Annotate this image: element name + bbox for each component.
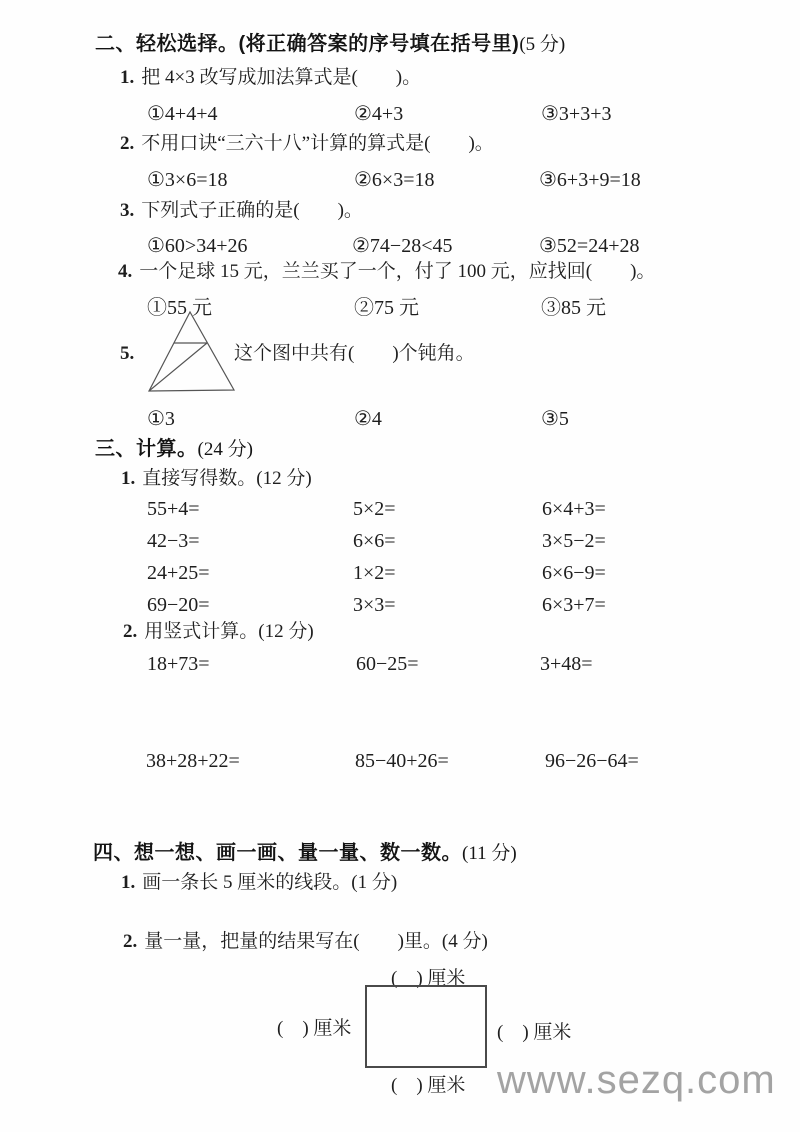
rect-label-bottom: ( ) 厘米 (391, 1070, 465, 1097)
question-3-text: 下列式子正确的是( )。 (141, 200, 363, 221)
section-3-heading: 三、计算。(24 分) (95, 438, 253, 461)
math-expression: 85−40+26= (355, 750, 449, 773)
worksheet-page: 二、轻松选择。(将正确答案的序号填在括号里)(5 分) 1.把 4×3 改写成加… (0, 0, 800, 1132)
question-2-text: 不用口诀“三六十八”计算的算式是( )。 (141, 133, 494, 154)
sub-item-score: (12 分) (256, 468, 311, 489)
option: ①60>34+26 (147, 233, 248, 258)
math-expression: 55+4= (147, 498, 200, 521)
question-3-options: ①60>34+26 ②74−28<45 ③52=24+28 (0, 233, 800, 259)
math-expression: 1×2= (353, 562, 396, 585)
question-4-options: ①55 元 ②75 元 ③85 元 (0, 291, 800, 317)
option: ③85 元 (541, 291, 606, 320)
question-3: 3.下列式子正确的是( )。 (120, 200, 363, 222)
option: ①3×6=18 (147, 167, 228, 192)
question-5: 5. (120, 343, 141, 365)
question-1: 1.把 4×3 改写成加法算式是( )。 (120, 67, 421, 89)
calc-row: 42−3= 6×6= 3×5−2= (0, 530, 800, 556)
section-4-title: 四、想一想、画一画、量一量、数一数。 (93, 842, 462, 864)
option: ③3+3+3 (541, 101, 612, 126)
question-3-number: 3. (120, 200, 134, 221)
watermark: www.sezq.com (497, 1058, 776, 1103)
option: ③52=24+28 (539, 233, 640, 258)
math-expression: 6×3+7= (542, 594, 606, 617)
sub-item-text: 量一量，把量的结果写在( )里。 (144, 931, 442, 952)
option: ②74−28<45 (352, 233, 453, 258)
question-1-text: 把 4×3 改写成加法算式是( )。 (141, 67, 421, 88)
section-4-sub-2: 2.量一量，把量的结果写在( )里。(4 分) (123, 931, 488, 953)
sub-item-text: 用竖式计算。 (144, 621, 258, 642)
rect-label-left: ( ) 厘米 (277, 1013, 351, 1040)
sub-item-text: 直接写得数。 (142, 468, 256, 489)
math-expression: 38+28+22= (146, 750, 240, 773)
section-3-title: 三、计算。 (95, 438, 198, 460)
section-4-sub-1: 1.画一条长 5 厘米的线段。(1 分) (121, 872, 397, 894)
math-expression: 6×4+3= (542, 498, 606, 521)
question-2-number: 2. (120, 133, 134, 154)
calc-row: 55+4= 5×2= 6×4+3= (0, 498, 800, 524)
section-2-score: (5 分) (519, 34, 565, 55)
option: ③5 (541, 406, 569, 431)
math-expression: 5×2= (353, 498, 396, 521)
math-expression: 60−25= (356, 653, 419, 676)
option: ②4+3 (354, 101, 403, 126)
sub-item-text: 画一条长 5 厘米的线段。 (142, 872, 351, 893)
rect-label-right: ( ) 厘米 (497, 1017, 571, 1044)
question-5-number: 5. (120, 343, 134, 364)
rectangle-figure (365, 985, 487, 1068)
math-expression: 3+48= (540, 653, 593, 676)
section-2-title: 二、轻松选择。(将正确答案的序号填在括号里) (95, 33, 519, 55)
sub-item-number: 1. (121, 872, 135, 893)
question-1-number: 1. (120, 67, 134, 88)
math-expression: 69−20= (147, 594, 210, 617)
sub-item-number: 2. (123, 931, 137, 952)
sub-item-score: (1 分) (351, 872, 397, 893)
section-3-score: (24 分) (198, 439, 253, 460)
math-expression: 42−3= (147, 530, 200, 553)
math-expression: 96−26−64= (545, 750, 639, 773)
question-1-options: ①4+4+4 ②4+3 ③3+3+3 (0, 101, 800, 127)
sub-item-score: (4 分) (442, 931, 488, 952)
question-4-text: 一个足球 15 元，兰兰买了一个，付了 100 元，应找回( )。 (139, 261, 655, 282)
sub-item-number: 2. (123, 621, 137, 642)
question-5-caption: 这个图中共有( )个钝角。 (234, 343, 475, 365)
math-expression: 3×3= (353, 594, 396, 617)
math-expression: 24+25= (147, 562, 210, 585)
calc-row: 69−20= 3×3= 6×3+7= (0, 594, 800, 620)
question-5-options: ①3 ②4 ③5 (0, 406, 800, 432)
section-3-sub-2: 2.用竖式计算。(12 分) (123, 621, 314, 643)
calc-row: 24+25= 1×2= 6×6−9= (0, 562, 800, 588)
vertical-calc-row: 38+28+22= 85−40+26= 96−26−64= (0, 750, 800, 776)
option: ②6×3=18 (354, 167, 435, 192)
math-expression: 6×6= (353, 530, 396, 553)
option: ①3 (147, 406, 175, 431)
vertical-calc-row: 18+73= 60−25= 3+48= (0, 653, 800, 679)
math-expression: 6×6−9= (542, 562, 606, 585)
question-2-options: ①3×6=18 ②6×3=18 ③6+3+9=18 (0, 167, 800, 193)
option: ①4+4+4 (147, 101, 218, 126)
section-4-score: (11 分) (462, 843, 517, 864)
question-4: 4.一个足球 15 元，兰兰买了一个，付了 100 元，应找回( )。 (118, 261, 655, 283)
option: ②4 (354, 406, 382, 431)
question-4-number: 4. (118, 261, 132, 282)
math-expression: 18+73= (147, 653, 210, 676)
section-3-sub-1: 1.直接写得数。(12 分) (121, 468, 312, 490)
triangle-figure (144, 307, 240, 397)
option: ②75 元 (354, 291, 419, 320)
sub-item-number: 1. (121, 468, 135, 489)
sub-item-score: (12 分) (258, 621, 313, 642)
section-4-heading: 四、想一想、画一画、量一量、数一数。(11 分) (93, 842, 517, 865)
section-2-heading: 二、轻松选择。(将正确答案的序号填在括号里)(5 分) (95, 33, 565, 56)
option: ③6+3+9=18 (539, 167, 641, 192)
question-5-text: 这个图中共有( )个钝角。 (234, 343, 475, 364)
question-2: 2.不用口诀“三六十八”计算的算式是( )。 (120, 133, 494, 155)
math-expression: 3×5−2= (542, 530, 606, 553)
